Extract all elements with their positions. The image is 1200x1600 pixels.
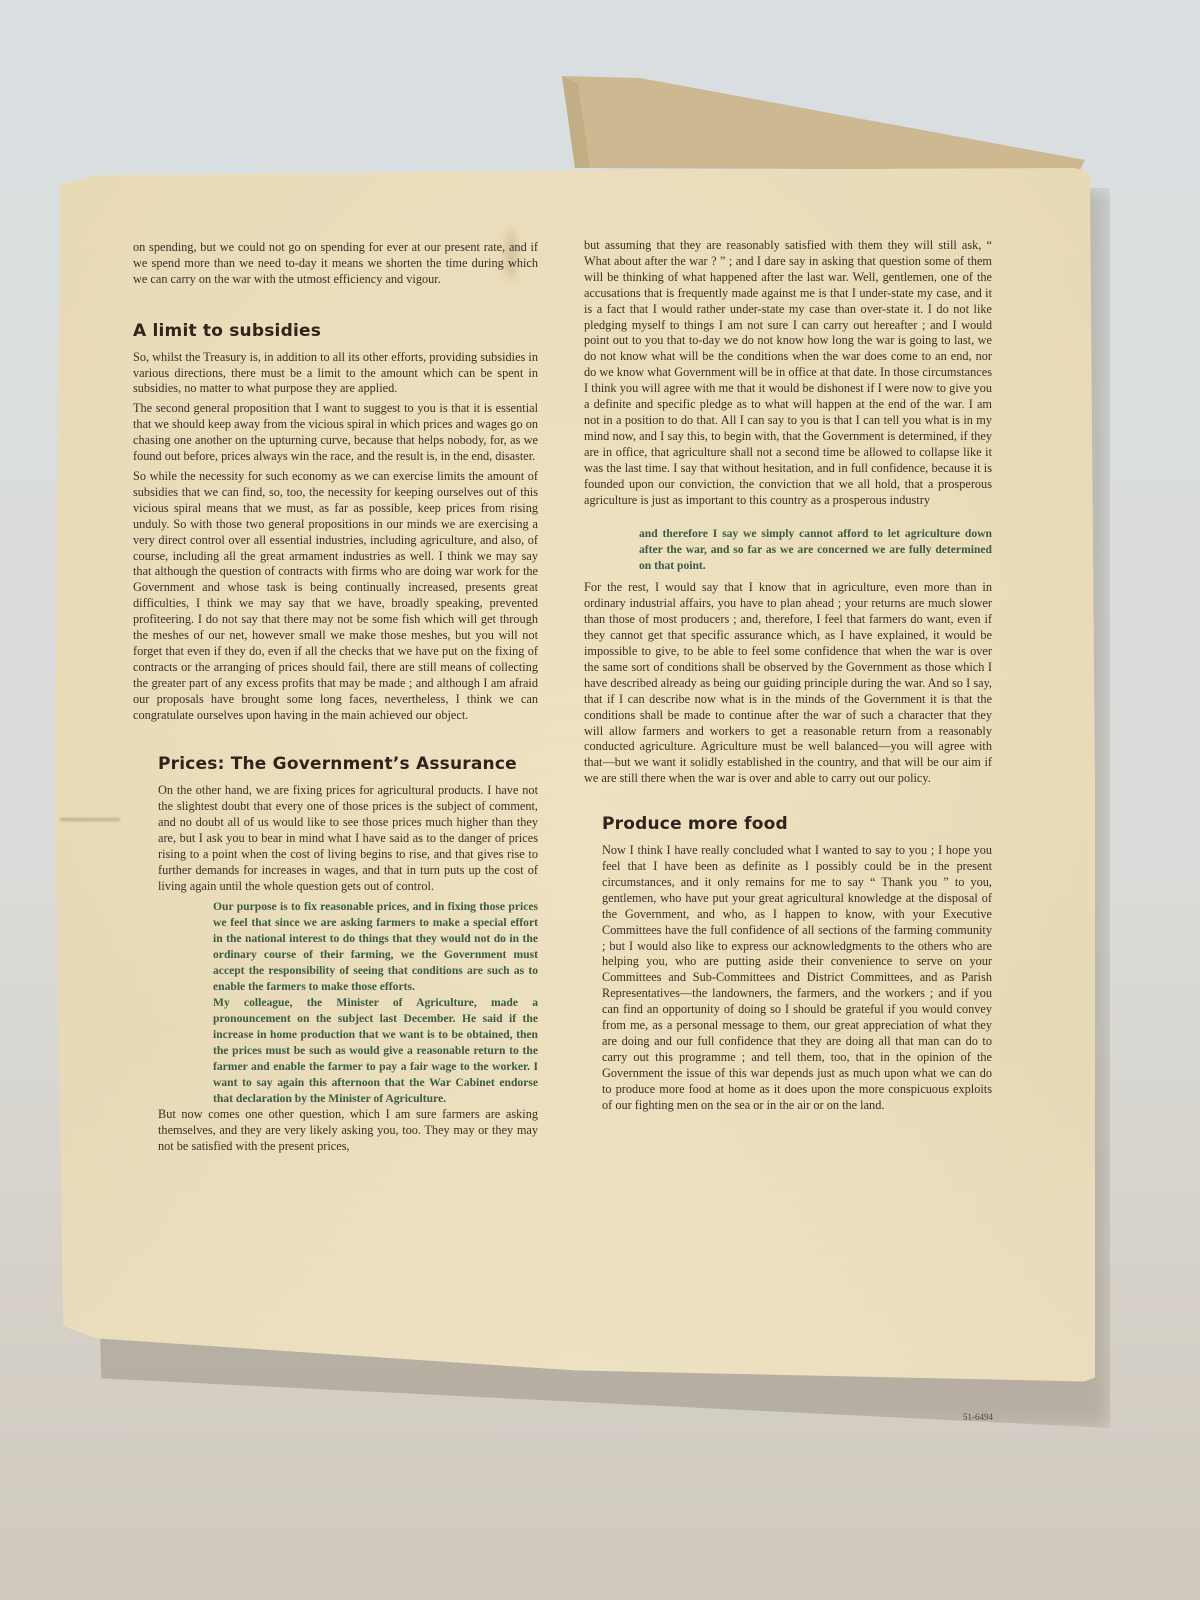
paper-crease — [60, 818, 120, 821]
section-heading-prices: Prices: The Government’s Assurance — [158, 757, 538, 773]
highlighted-quote: Our purpose is to fix reasonable prices,… — [213, 899, 538, 1107]
body-paragraph: But now comes one other question, which … — [158, 1107, 538, 1155]
body-paragraph: For the rest, I would say that I know th… — [584, 580, 992, 787]
body-paragraph: On the other hand, we are fixing prices … — [158, 783, 538, 894]
section-heading-produce: Produce more food — [602, 817, 992, 833]
quote-paragraph: Our purpose is to fix reasonable prices,… — [213, 899, 538, 995]
print-code: 51-6494 — [963, 1412, 993, 1422]
body-paragraph: So while the necessity for such economy … — [133, 469, 538, 724]
section-heading-subsidies: A limit to subsidies — [133, 324, 538, 340]
left-column: on spending, but we could not go on spen… — [133, 240, 538, 1158]
quote-paragraph: My colleague, the Minister of Agricultur… — [213, 995, 538, 1107]
body-paragraph: Now I think I have really concluded what… — [602, 843, 992, 1113]
body-paragraph: The second general proposition that I wa… — [133, 401, 538, 465]
quote-paragraph: and therefore I say we simply cannot aff… — [639, 526, 992, 574]
prices-section-body: On the other hand, we are fixing prices … — [158, 783, 538, 1154]
highlighted-quote: and therefore I say we simply cannot aff… — [639, 526, 992, 574]
body-paragraph: So, whilst the Treasury is, in addition … — [133, 350, 538, 398]
intro-paragraph: on spending, but we could not go on spen… — [133, 240, 538, 288]
continuation-paragraph: but assuming that they are reasonably sa… — [584, 238, 992, 508]
right-column: but assuming that they are reasonably sa… — [584, 238, 992, 1118]
